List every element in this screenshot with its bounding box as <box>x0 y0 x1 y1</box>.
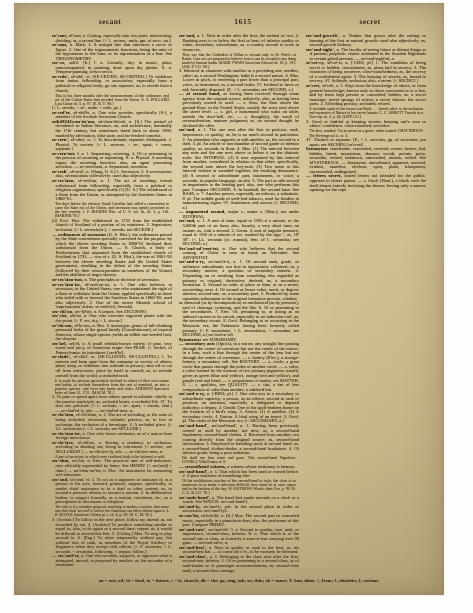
entry-term: sec'ond-growth', <box>306 34 343 38</box>
entry-term: se'chi-um, <box>52 323 74 328</box>
entry-term: sec'cist, <box>52 313 70 318</box>
entry-term: sec'ond-best', <box>179 545 209 550</box>
entry-term: se&#8243;cen-tis'mo, <box>52 119 98 124</box>
dictionary-entry: sec'ond-hand', n. 1. That which has been… <box>179 470 299 479</box>
dictionary-entry: sec'ond, a. 1. Next in order after the f… <box>179 34 299 52</box>
entry-term: se-clu'sive, <box>52 440 78 445</box>
dictionary-entry: se'cre-cy, sē'crĕ-si, n. [-CIES, pl.] 1.… <box>306 61 426 84</box>
dictionary-entry: — sec'ond-er, n. One who seconds, suppor… <box>52 554 172 568</box>
entry-term: sec'ond, <box>179 34 197 38</box>
entry-term: sec'ohm, <box>52 458 72 463</box>
dictionary-entry: 3. [Archaic] To follow in the next place… <box>52 518 172 554</box>
pronunciation-key: au = out; oil; iū = food, iu = future; c… <box>52 578 426 583</box>
dictionary-entry: sec'ohm, sec'ōm, n. Elec. The practical … <box>52 459 172 477</box>
entry-term: — ordinances of secession <box>52 232 107 237</box>
guide-word-left: secant <box>99 17 121 26</box>
entry-term: sec'co, <box>52 60 69 65</box>
entry-term: se-ced'er, <box>52 110 74 115</box>
dictionary-entry: — ordinances of secession (U. S. Hist.),… <box>52 233 172 278</box>
dictionary-entry: sec'ond-growth', n. Timber that grows af… <box>306 34 426 48</box>
dictionary-text-columns: se'cant, sē'cant, a. Cutting, especially… <box>52 34 426 574</box>
entry-term: sec'ond, <box>179 218 197 223</box>
dictionary-entry: sec'ond-rate', sec'und-rēt'. I. a. Secon… <box>179 528 299 546</box>
dictionary-entry: sec'ond-a-ry, sec'und-ā-ri, a. 1. Of sec… <box>179 260 299 301</box>
dictionary-entry: sec'ond, n. 1. The one next after the fi… <box>179 128 299 210</box>
dictionary-entry: se-clu'sion, sē-clū'zhun, n. 1. The act … <box>52 413 172 431</box>
entry-term: sec'onds-hand', <box>179 495 212 500</box>
entry-term: se-ces'sion, <box>52 178 78 183</box>
quotation: Of the multifarious touches of the secon… <box>179 479 299 496</box>
dictionary-entry: se'cret, sē'crĕt, a. 1. Kept from the kn… <box>306 84 426 107</box>
dictionary-entry: — letters secret, sealed letters not int… <box>306 174 426 192</box>
dictionary-entry: sec'ond, sec'und, vt. 1. To act as a sup… <box>52 478 172 505</box>
dictionary-entry: sec'ond-hand', sec'und-hand', a. 1. Havi… <box>179 424 299 456</box>
entry-term: sec'ond-hand', <box>179 423 212 428</box>
entry-term: sec'ond-ly, <box>179 504 203 509</box>
entry-term: — secondary axis <box>179 341 216 346</box>
entry-term: se-clu'sion, <box>52 412 76 417</box>
entry-term: sec'ond-a-ry, <box>179 391 207 396</box>
entry-term: se-ces'sion-ist, <box>52 282 85 287</box>
guide-word-right: secret <box>360 17 381 26</box>
dictionary-entry: se-con'do, sā-kōn'dō, n. [It.] Mus. The … <box>179 514 299 528</box>
entry-term: sec'ond-rate', <box>179 527 208 532</box>
dictionary-entry: 3. Identical in character with another o… <box>179 69 299 92</box>
dictionary-entry: se-cern'ent. I. a. 1. Separating; secret… <box>52 152 172 170</box>
page-header: secant 1615 secret <box>14 17 444 29</box>
dictionary-entry: sec'ond-sight', n. The faculty of seeing… <box>306 48 426 62</box>
quotation: Ten days before the election South Carol… <box>52 202 172 219</box>
entry-term: se-con'do, <box>179 513 201 518</box>
entry-term: sec'ond-sight', <box>306 47 336 52</box>
dictionary-entry: se-cede', sē-sēd', vi. [SE-CED'ED; SE-CE… <box>52 75 172 93</box>
entry-term: sec'ond-a-ry, <box>179 259 208 264</box>
entry-term: Synonyms: <box>306 146 330 151</box>
dictionary-entry: — at second hand, as having been receive… <box>179 92 299 128</box>
quotation: A veritable spirit of the forest was Bur… <box>306 107 426 120</box>
dictionary-entry: se-cern', sē-sũrn', vt. 1. To discrimina… <box>52 138 172 152</box>
dictionary-entry: Sec'ond-ad'vent-ist, n. One who believes… <box>179 247 299 261</box>
dictionary-entry: sec'kel, sek'el, n. A small reddish-brow… <box>52 342 172 356</box>
page-number: 1615 <box>234 17 251 26</box>
dictionary-entry: 2. To pass or spend apart from others; s… <box>52 395 172 413</box>
entry-term: — letters secret, <box>306 173 344 178</box>
dictionary-entry: se'chi-um, sē'ki-um, n. Bot. A monotypic… <box>52 324 172 342</box>
dictionary-page: secant 1615 secret se'cant, sē'cant, a. … <box>14 3 444 595</box>
scanned-dictionary-page: secant 1615 secret se'cant, sē'cant, a. … <box>0 0 473 613</box>
entry-term: se'cret, <box>306 83 322 88</box>
dictionary-entry: se'cant, n. Math. 1. A straight line tha… <box>52 43 172 61</box>
dictionary-entry: — secondary axis (Optics), in a mirror, … <box>179 342 299 392</box>
quotation: They say that the Cathedral of Milan is … <box>179 52 299 69</box>
dictionary-entry: sec'ond-class', a. 1. Belonging to the c… <box>179 555 299 573</box>
dictionary-entry: as chemical (as by decomposition) or mec… <box>179 301 299 337</box>
quotation: It is usual for persons particularly inc… <box>52 378 172 395</box>
dictionary-entry: sec'ond-a-ry, n. [-RIES, pl.] 1. One who… <box>179 392 299 424</box>
dictionary-entry: sec'ond, n. 1. A unit of time, equal to … <box>179 219 299 246</box>
entry-term: sec'kel, <box>52 341 69 346</box>
entry-term: se-cesh', <box>52 169 70 174</box>
entry-term: — at second hand, <box>179 91 223 96</box>
entry-term: se'cre-cy, <box>306 60 327 65</box>
entry-term: se-cede', <box>52 74 71 79</box>
entry-term: se-clu'sion-ist, <box>52 431 83 436</box>
entry-term: se-cern'ent. <box>52 151 77 156</box>
entry-term: se'cant, <box>52 34 69 38</box>
dictionary-entry: sec'co, sek'ō. [It.] I. a. Literally, dr… <box>52 61 172 75</box>
entry-term: sec'ond-hand', <box>179 469 210 474</box>
entry-term: Sec'ond-ad'vent-ist, <box>179 246 222 251</box>
entry-term: — augmented second, <box>179 209 228 214</box>
dictionary-entry: (2) Eccl. Hist. The withdrawal in 1733 f… <box>52 219 172 233</box>
entry-term: se-cern', <box>52 137 71 142</box>
entry-term: sec'ond, <box>52 477 70 482</box>
entry-term: se'cant, <box>52 42 70 47</box>
entry-term: — sec'ond-er, <box>52 553 81 558</box>
dictionary-entry: se-clu'sive, sē-clū'siv, a. Having a ten… <box>52 441 172 455</box>
entry-term: se-clude', <box>52 354 74 359</box>
entry-term: sec'ond, <box>179 127 198 132</box>
dictionary-entry: 3. Good or faithful at keeping secrets; … <box>306 120 426 129</box>
dictionary-entry: se-ces'sion-ist, sē-sesh'un-ist, n. 1. O… <box>52 283 172 310</box>
dictionary-entry: se-clude', sē-clūd', vt. [SE-CLUD'ED; SE… <box>52 355 172 378</box>
dictionary-entry: se-ces'sion, sē-sesh'un, n. 1. The act o… <box>52 179 172 202</box>
dictionary-entry: Synonyms: clandestine, concealed, covere… <box>306 147 426 174</box>
entry-term: sec'ond-class', <box>179 554 210 559</box>
dictionary-entry: se&#8243;cen-tis'mo, sā-chen-tēs'mō, n. … <box>52 120 172 138</box>
